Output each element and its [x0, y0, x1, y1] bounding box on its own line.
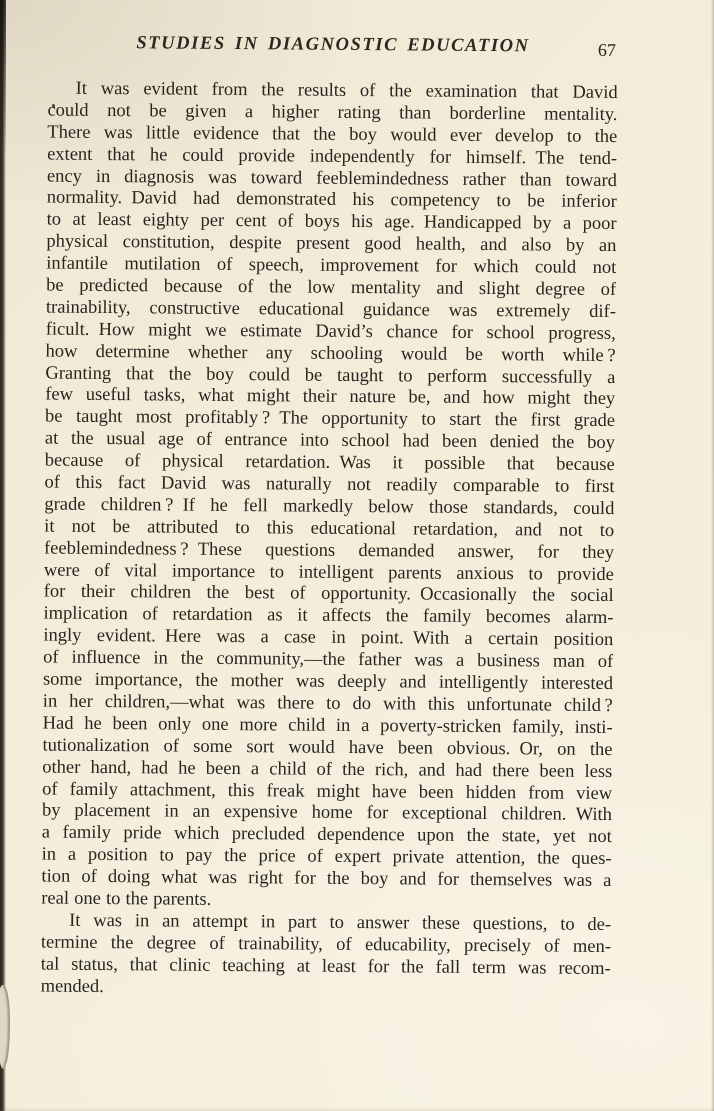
page-title: STUDIES IN DIAGNOSTIC EDUCATION	[136, 33, 529, 56]
text-line: tal status, that clinic teaching at leas…	[41, 954, 611, 980]
text-line: mended.	[41, 976, 611, 1002]
page-content: STUDIES IN DIAGNOSTIC EDUCATION 67 It wa…	[0, 0, 714, 1111]
book-page: STUDIES IN DIAGNOSTIC EDUCATION 67 It wa…	[0, 0, 714, 1111]
page-edge-left	[0, 0, 6, 1111]
page-edge-bottom	[0, 1107, 714, 1111]
running-head: STUDIES IN DIAGNOSTIC EDUCATION 67	[48, 33, 618, 58]
page-text: It was evident from the results of the e…	[41, 79, 618, 1003]
page-number: 67	[598, 40, 616, 61]
ink-speck	[52, 104, 55, 108]
